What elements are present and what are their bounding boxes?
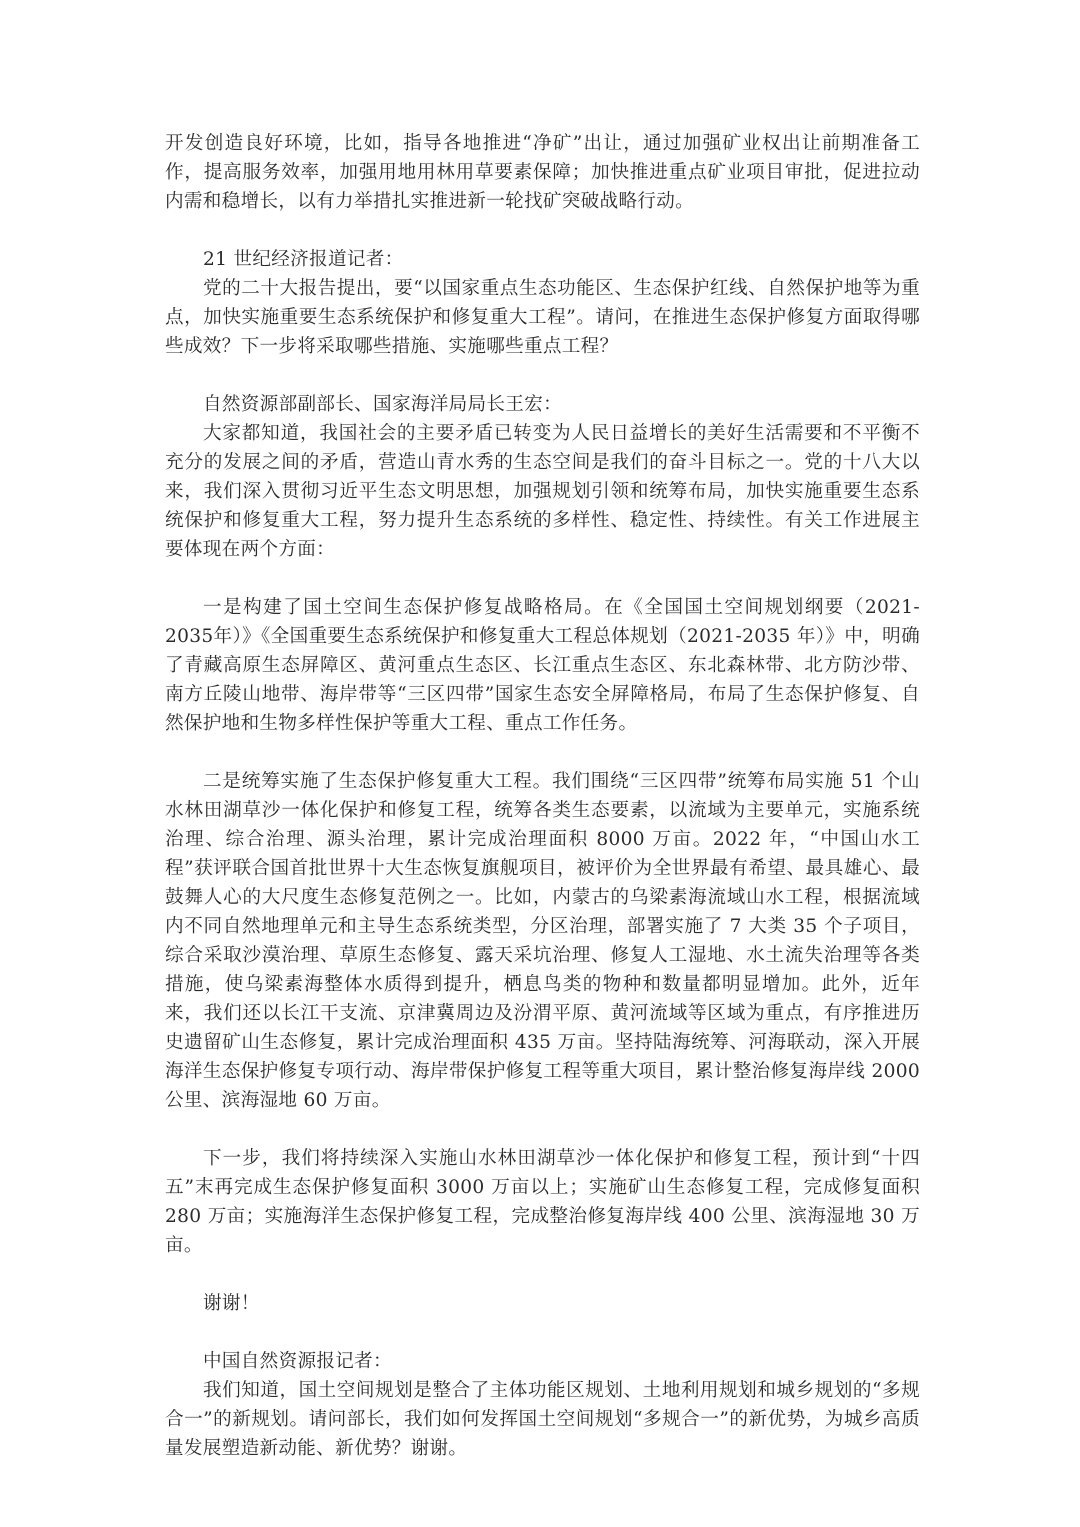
- answer-1-point-1: 一是构建了国土空间生态保护修复战略格局。在《全国国土空间规划纲要（2021-20…: [165, 593, 920, 738]
- continued-paragraph: 开发创造良好环境，比如，指导各地推进“净矿”出让，通过加强矿业权出让前期准备工作…: [165, 129, 920, 216]
- question-2-text: 我们知道，国土空间规划是整合了主体功能区规划、土地利用规划和城乡规划的“多规合一…: [165, 1376, 920, 1463]
- question-1-text: 党的二十大报告提出，要“以国家重点生态功能区、生态保护红线、自然保护地等为重点，…: [165, 274, 920, 361]
- answer-1-speaker: 自然资源部副部长、国家海洋局局长王宏：: [165, 390, 920, 419]
- question-1-speaker: 21 世纪经济报道记者：: [165, 245, 920, 274]
- document-page: 开发创造良好环境，比如，指导各地推进“净矿”出让，通过加强矿业权出让前期准备工作…: [165, 129, 920, 1492]
- answer-1-intro: 大家都知道，我国社会的主要矛盾已转变为人民日益增长的美好生活需要和不平衡不充分的…: [165, 419, 920, 564]
- answer-1-next-steps: 下一步，我们将持续深入实施山水林田湖草沙一体化保护和修复工程，预计到“十四五”末…: [165, 1144, 920, 1260]
- question-2: 中国自然资源报记者： 我们知道，国土空间规划是整合了主体功能区规划、土地利用规划…: [165, 1347, 920, 1463]
- question-2-speaker: 中国自然资源报记者：: [165, 1347, 920, 1376]
- answer-1: 自然资源部副部长、国家海洋局局长王宏： 大家都知道，我国社会的主要矛盾已转变为人…: [165, 390, 920, 564]
- question-1: 21 世纪经济报道记者： 党的二十大报告提出，要“以国家重点生态功能区、生态保护…: [165, 245, 920, 361]
- answer-1-point-2: 二是统筹实施了生态保护修复重大工程。我们围绕“三区四带”统筹布局实施 51 个山…: [165, 767, 920, 1115]
- answer-1-closing: 谢谢！: [165, 1289, 920, 1318]
